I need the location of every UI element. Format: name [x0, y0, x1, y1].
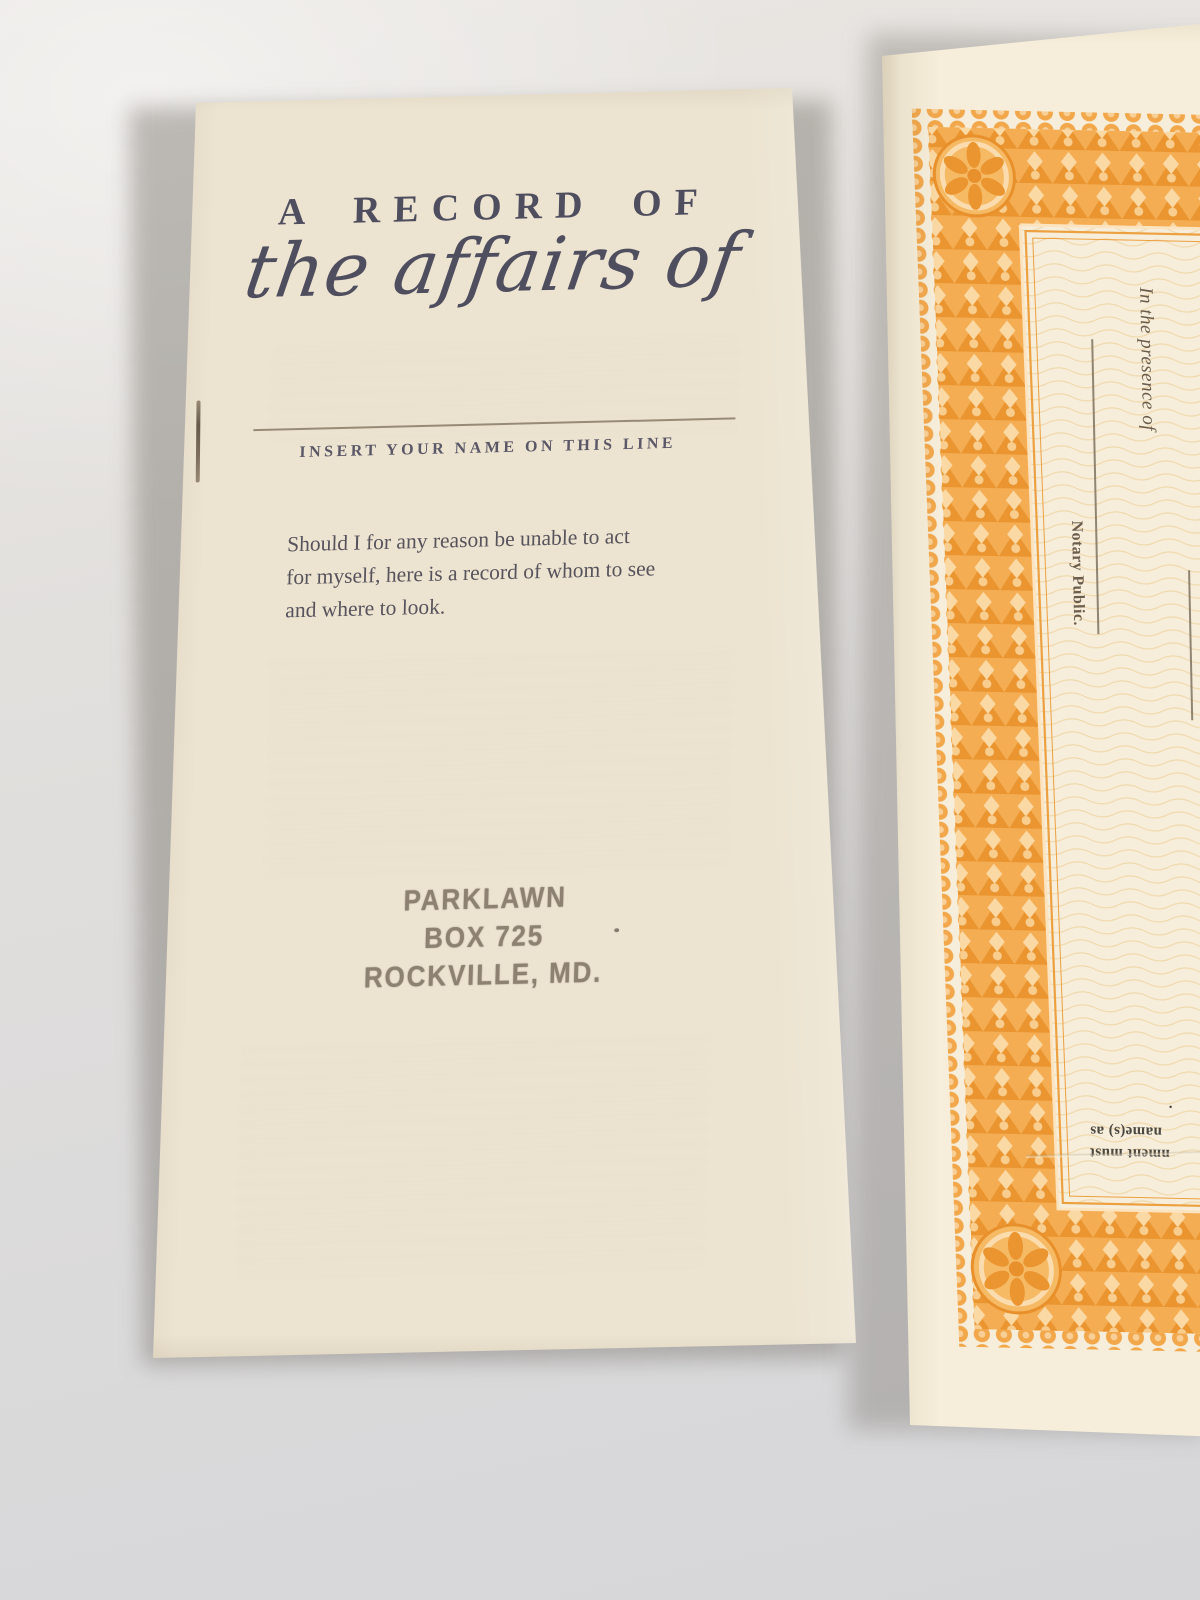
- name-line-caption: INSERT YOUR NAME ON THIS LINE: [157, 431, 818, 465]
- notary-caption: Notary Public.: [1067, 520, 1087, 626]
- witness-signature-line: [1188, 570, 1193, 720]
- booklet-script-subtitle: the affairs of: [156, 215, 829, 317]
- photo-scene: { "booklet": { "title": "A RECORD OF", "…: [0, 0, 1200, 1600]
- stamp-line: ROCKVILLE, MD.: [329, 953, 636, 999]
- page-showthrough: [235, 1030, 712, 1277]
- notary-witness-block: In the presence of Notary Public.: [1025, 280, 1200, 714]
- address-stamp: PARKLAWN BOX 725 ROCKVILLE, MD.: [329, 877, 638, 999]
- body-line: and where to look.: [285, 594, 446, 622]
- page-showthrough: [268, 337, 741, 441]
- staple-top: [196, 400, 201, 482]
- booklet-cover: A RECORD OF the affairs of INSERT YOUR N…: [132, 76, 878, 1374]
- certificate-border-frame: [876, 10, 1200, 1449]
- body-line: for myself, here is a record of whom to …: [286, 556, 656, 589]
- record-booklet: A RECORD OF the affairs of INSERT YOUR N…: [150, 85, 860, 1365]
- certificate-border-art: [876, 10, 1200, 1449]
- body-line: Should I for any reason be unable to act: [287, 524, 630, 556]
- notary-signature-line: [1091, 339, 1099, 634]
- page-showthrough: [264, 639, 735, 876]
- fine-print-line: name(s) as: [1090, 1119, 1200, 1144]
- booklet-body-text: Should I for any reason be unable to act…: [285, 517, 748, 627]
- presence-caption: In the presence of: [1134, 287, 1159, 431]
- certificate: In the presence of Notary Public. nment …: [876, 10, 1200, 1440]
